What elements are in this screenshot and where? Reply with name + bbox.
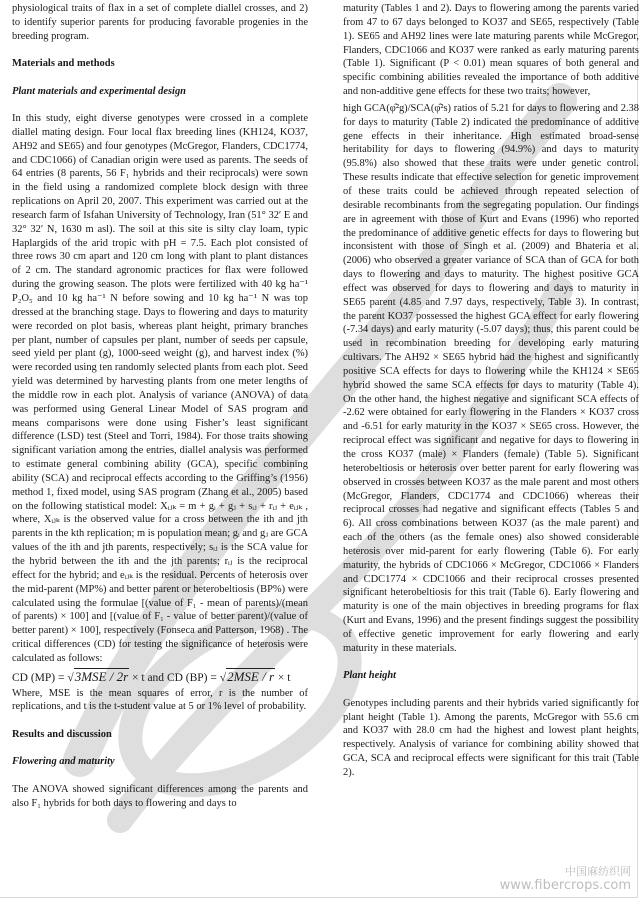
subsection-heading-flowering: Flowering and maturity [12,755,308,769]
cd-mp-label: CD (MP) = [12,672,67,684]
cd-bp-label: CD (BP) = [167,672,220,684]
times-t-and: × t and [129,672,167,684]
cd-bp-expression: 2MSE / r [226,668,275,684]
left-column: physiological traits of flax in a set of… [12,2,308,810]
times-t: × t [275,672,290,684]
cd-formula: CD (MP) = √3MSE / 2r × t and CD (BP) = √… [12,670,308,686]
section-heading-materials: Materials and methods [12,57,308,71]
subsection-heading-plant-materials: Plant materials and experimental design [12,85,308,99]
sqrt-icon: √ [67,672,73,684]
cd-mp-expression: 3MSE / 2r [74,668,129,684]
site-watermark-stamp: 中国麻纺织网 www.fibercrops.com [500,865,631,893]
flowering-paragraph-part2: high GCA(φ̂²g)/SCA(φ̂²s) ratios of 5.21 … [343,102,639,656]
where-paragraph: Where, MSE is the mean squares of error,… [12,687,308,715]
paper-page: physiological traits of flax in a set of… [0,0,638,898]
subsection-heading-plant-height: Plant height [343,669,639,683]
plant-height-paragraph: Genotypes including parents and their hy… [343,697,639,780]
design-paragraph: In this study, eight diverse genotypes w… [12,112,308,666]
flowering-paragraph-part1: maturity (Tables 1 and 2). Days to flowe… [343,2,639,99]
right-column: maturity (Tables 1 and 2). Days to flowe… [343,2,639,780]
section-heading-results: Results and discussion [12,728,308,742]
anova-paragraph-start: The ANOVA showed significant differences… [12,783,308,811]
stamp-cn-text: 中国麻纺织网 [500,865,631,879]
intro-tail-paragraph: physiological traits of flax in a set of… [12,2,308,44]
stamp-url-text: www.fibercrops.com [500,879,631,893]
